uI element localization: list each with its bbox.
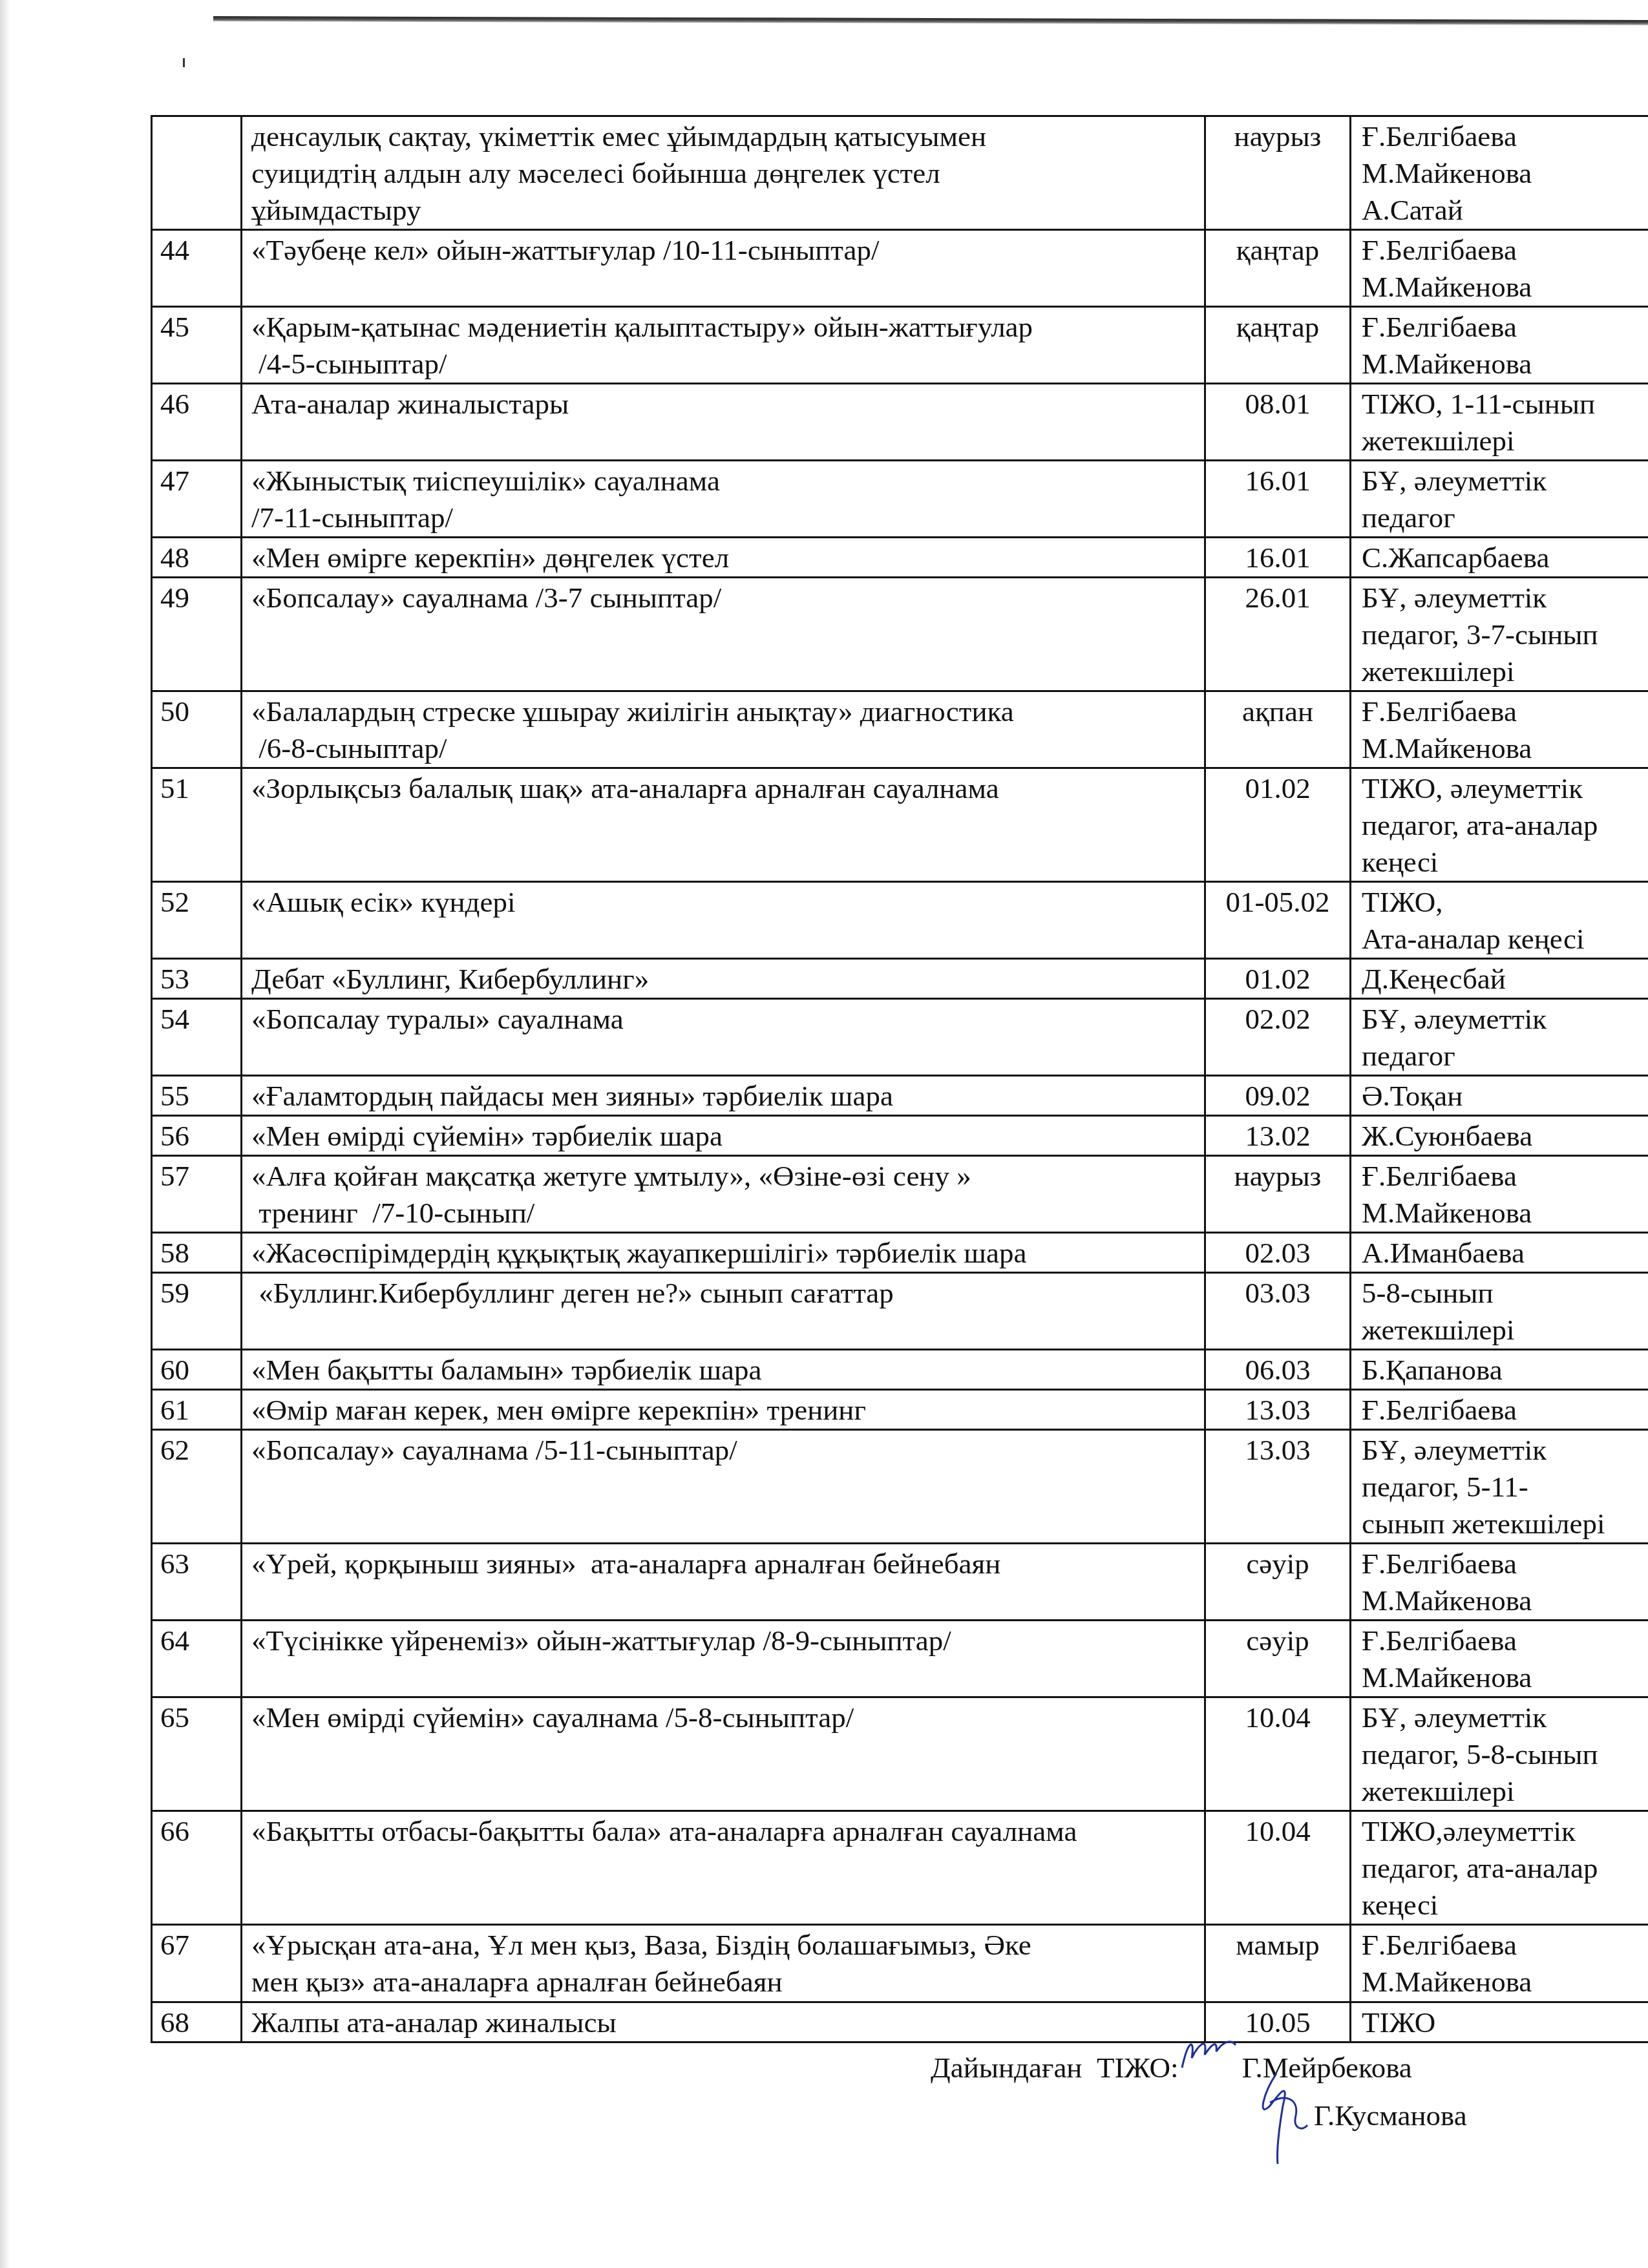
responsible-cell: БҰ, әлеуметтікпедагог, 5-11-сынып жетекш… [1351,1430,1648,1544]
date-cell: қаңтар [1205,230,1351,307]
table-row: 61«Өмір маған керек, мен өмірге керекпін… [152,1390,1648,1430]
event-text: «Ашық есік» күндері [251,884,1196,921]
event-text: «Зорлықсыз балалық шақ» ата-аналарға арн… [251,770,1196,807]
event-text: «Мен өмірді сүйемін» тәрбиелік шара [251,1118,1196,1155]
table-row: 63«Үрей, қорқыныш зияны» ата-аналарға ар… [152,1544,1648,1621]
row-number: 45 [152,307,242,384]
row-number: 55 [152,1076,242,1116]
responsible-name: ТІЖО, [1362,884,1648,921]
responsible-cell: Ә.Тоқан [1351,1076,1648,1116]
signature-row-1: Дайындаған ТІЖО: Г.Мейрбекова [931,2039,1467,2086]
responsible-cell: БҰ, әлеуметтікпедагог [1351,461,1648,538]
responsible-name: жетекшілері [1362,653,1648,690]
responsible-cell: Ғ.БелгібаеваМ.МайкеноваА.Сатай [1351,116,1648,230]
event-cell: «Мен өмірді сүйемін» сауалнама /5-8-сыны… [242,1697,1205,1811]
event-cell: «Мен өмірге керекпін» дөңгелек үстел [242,538,1205,578]
signer-name-2: Г.Кусманова [1314,2097,1467,2134]
table-row: 58«Жасөспірімдердің құқықтық жауапкершіл… [152,1233,1648,1273]
responsible-name: педагог [1362,499,1648,536]
responsible-name: кеңесі [1362,1887,1648,1924]
responsible-name: 5-8-сынып [1362,1275,1648,1312]
responsible-name: М.Майкенова [1362,1582,1648,1619]
responsible-name: Ғ.Белгібаева [1362,1622,1648,1659]
table-row: 66«Бақытты отбасы-бақытты бала» ата-анал… [152,1811,1648,1925]
event-text: Жалпы ата-аналар жиналысы [251,2004,1196,2041]
table-row: 50«Балалардың стреске ұшырау жиілігін ан… [152,691,1648,768]
responsible-cell: ТІЖО, әлеуметтікпедагог, ата-аналаркеңес… [1351,768,1648,882]
date-cell: 13.02 [1205,1116,1351,1156]
responsible-name: ТІЖО [1362,2004,1648,2041]
event-cell: «Жасөспірімдердің құқықтық жауапкершіліг… [242,1233,1205,1273]
date-cell: 03.03 [1205,1273,1351,1350]
date-cell: ақпан [1205,691,1351,768]
responsible-name: А.Иманбаева [1362,1235,1648,1272]
event-cell: «Зорлықсыз балалық шақ» ата-аналарға арн… [242,768,1205,882]
responsible-name: сынып жетекшілері [1362,1506,1648,1542]
event-cell: «Ұрысқан ата-ана, Ұл мен қыз, Ваза, Бізд… [242,1925,1205,2002]
responsible-cell: А.Иманбаева [1351,1233,1648,1273]
responsible-cell: Ғ.Белгібаева [1351,1390,1648,1430]
event-cell: «Өмір маған керек, мен өмірге керекпін» … [242,1390,1205,1430]
event-text: денсаулық сақтау, үкіметтік емес ұйымдар… [251,118,1196,155]
event-text: Ата-аналар жиналыстары [251,386,1196,423]
row-number: 46 [152,384,242,461]
event-text: «Тәубеңе кел» ойын-жаттығулар /10-11-сын… [251,232,1196,269]
responsible-name: Ғ.Белгібаева [1362,118,1648,155]
responsible-cell: БҰ, әлеуметтікпедагог, 5-8-сыныпжетекшіл… [1351,1697,1648,1811]
row-number: 48 [152,538,242,578]
responsible-name: М.Майкенова [1362,1195,1648,1232]
row-number: 68 [152,2002,242,2042]
responsible-name: М.Майкенова [1362,1964,1648,2000]
scan-mark [183,58,185,67]
date-cell: наурыз [1205,1156,1351,1233]
table-row: 52«Ашық есік» күндері01-05.02ТІЖО,Ата-ан… [152,882,1648,959]
prepared-by-block: Дайындаған ТІЖО: Г.Мейрбекова Г.Кусманов… [931,2039,1467,2134]
event-text: «Ғаламтордың пайдасы мен зияны» тәрбиелі… [251,1078,1196,1115]
responsible-name: А.Сатай [1362,192,1648,229]
event-cell: «Бопсалау» сауалнама /5-11-сыныптар/ [242,1430,1205,1544]
signature-icon [1251,2086,1310,2125]
row-number: 64 [152,1621,242,1697]
table-row: денсаулық сақтау, үкіметтік емес ұйымдар… [152,116,1648,230]
responsible-name: Ғ.Белгібаева [1362,1392,1648,1429]
row-number: 67 [152,1925,242,2002]
event-text: «Қарым-қатынас мәдениетін қалыптастыру» … [251,309,1196,346]
responsible-cell: Б.Қапанова [1351,1350,1648,1390]
event-text: «Жасөспірімдердің құқықтық жауапкершіліг… [251,1235,1196,1272]
responsible-cell: Ғ.БелгібаеваМ.Майкенова [1351,1621,1648,1697]
scan-top-edge [213,16,1648,25]
responsible-name: педагог [1362,1038,1648,1075]
table-row: 51«Зорлықсыз балалық шақ» ата-аналарға а… [152,768,1648,882]
responsible-name: Ғ.Белгібаева [1362,1927,1648,1964]
event-cell: «Түсінікке үйренеміз» ойын-жаттығулар /8… [242,1621,1205,1697]
event-cell: «Қарым-қатынас мәдениетін қалыптастыру» … [242,307,1205,384]
event-text: «Алға қойған мақсатқа жетуге ұмтылу», «Ө… [251,1158,1196,1195]
table-row: 67«Ұрысқан ата-ана, Ұл мен қыз, Ваза, Бі… [152,1925,1648,2002]
responsible-cell: Ғ.БелгібаеваМ.Майкенова [1351,230,1648,307]
responsible-name: педагог, 3-7-сынып [1362,616,1648,653]
table-row: 62«Бопсалау» сауалнама /5-11-сыныптар/13… [152,1430,1648,1544]
event-text: «Жыныстық тиіспеушілік» сауалнама [251,463,1196,499]
event-text: «Мен бақытты баламын» тәрбиелік шара [251,1352,1196,1389]
prepared-by-label: Дайындаған ТІЖО: [931,2049,1179,2086]
event-text: «Буллинг.Кибербуллинг деген не?» сынып с… [251,1275,1196,1312]
responsible-cell: БҰ, әлеуметтікпедагог, 3-7-сыныпжетекшіл… [1351,578,1648,691]
event-cell: Ата-аналар жиналыстары [242,384,1205,461]
signature-icon [1179,2039,1238,2077]
event-cell: «Үрей, қорқыныш зияны» ата-аналарға арна… [242,1544,1205,1621]
event-text: «Үрей, қорқыныш зияны» ата-аналарға арна… [251,1546,1196,1582]
row-number: 54 [152,999,242,1076]
event-cell: «Мен бақытты баламын» тәрбиелік шара [242,1350,1205,1390]
date-cell: 01-05.02 [1205,882,1351,959]
responsible-name: Ғ.Белгібаева [1362,309,1648,346]
event-text: «Мен өмірге керекпін» дөңгелек үстел [251,540,1196,576]
row-number: 60 [152,1350,242,1390]
event-text: «Бопсалау» сауалнама /3-7 сыныптар/ [251,580,1196,616]
event-text: суицидтің алдын алу мәселесі бойынша дөң… [251,155,1196,192]
table-row: 64«Түсінікке үйренеміз» ойын-жаттығулар … [152,1621,1648,1697]
table-row: 49«Бопсалау» сауалнама /3-7 сыныптар/26.… [152,578,1648,691]
responsible-name: жетекшілері [1362,1773,1648,1810]
responsible-cell: ТІЖО,әлеуметтікпедагог, ата-аналаркеңесі [1351,1811,1648,1925]
row-number: 62 [152,1430,242,1544]
responsible-name: БҰ, әлеуметтік [1362,580,1648,616]
row-number: 53 [152,959,242,999]
event-text: /4-5-сыныптар/ [251,346,1196,383]
event-cell: «Бопсалау туралы» сауалнама [242,999,1205,1076]
row-number [152,116,242,230]
table-body: денсаулық сақтау, үкіметтік емес ұйымдар… [152,116,1648,2042]
responsible-cell: 5-8-сыныпжетекшілері [1351,1273,1648,1350]
date-cell: 06.03 [1205,1350,1351,1390]
responsible-cell: ТІЖО [1351,2002,1648,2042]
event-text: «Бопсалау» сауалнама /5-11-сыныптар/ [251,1432,1196,1469]
responsible-name: М.Майкенова [1362,155,1648,192]
table-row: 47«Жыныстық тиіспеушілік» сауалнама/7-11… [152,461,1648,538]
table-row: 48«Мен өмірге керекпін» дөңгелек үстел16… [152,538,1648,578]
table-row: 45«Қарым-қатынас мәдениетін қалыптастыру… [152,307,1648,384]
row-number: 49 [152,578,242,691]
responsible-name: БҰ, әлеуметтік [1362,1699,1648,1736]
row-number: 63 [152,1544,242,1621]
event-cell: «Жыныстық тиіспеушілік» сауалнама/7-11-с… [242,461,1205,538]
date-cell: 01.02 [1205,768,1351,882]
responsible-cell: Ғ.БелгібаеваМ.Майкенова [1351,691,1648,768]
event-text: «Бақытты отбасы-бақытты бала» ата-аналар… [251,1813,1196,1850]
responsible-name: кеңесі [1362,844,1648,881]
date-cell: 08.01 [1205,384,1351,461]
event-cell: «Бопсалау» сауалнама /3-7 сыныптар/ [242,578,1205,691]
responsible-cell: Ж.Суюнбаева [1351,1116,1648,1156]
event-cell: «Балалардың стреске ұшырау жиілігін анық… [242,691,1205,768]
date-cell: сәуір [1205,1544,1351,1621]
date-cell: 26.01 [1205,578,1351,691]
date-cell: қаңтар [1205,307,1351,384]
event-text: «Түсінікке үйренеміз» ойын-жаттығулар /8… [251,1622,1196,1659]
table-row: 56«Мен өмірді сүйемін» тәрбиелік шара13.… [152,1116,1648,1156]
activity-plan-table: денсаулық сақтау, үкіметтік емес ұйымдар… [151,115,1648,2043]
date-cell: 01.02 [1205,959,1351,999]
responsible-name: М.Майкенова [1362,1659,1648,1696]
responsible-name: Ғ.Белгібаева [1362,693,1648,730]
event-text: /7-11-сыныптар/ [251,499,1196,536]
event-cell: «Бақытты отбасы-бақытты бала» ата-аналар… [242,1811,1205,1925]
event-cell: Дебат «Буллинг, Кибербуллинг» [242,959,1205,999]
responsible-cell: ТІЖО, 1-11-сыныпжетекшілері [1351,384,1648,461]
event-cell: «Буллинг.Кибербуллинг деген не?» сынып с… [242,1273,1205,1350]
date-cell: 13.03 [1205,1430,1351,1544]
table-row: 46Ата-аналар жиналыстары08.01ТІЖО, 1-11-… [152,384,1648,461]
responsible-name: жетекшілері [1362,423,1648,459]
responsible-name: Б.Қапанова [1362,1352,1648,1389]
table-row: 68Жалпы ата-аналар жиналысы10.05ТІЖО [152,2002,1648,2042]
event-text: ұйымдастыру [251,192,1196,229]
row-number: 50 [152,691,242,768]
responsible-name: М.Майкенова [1362,730,1648,767]
event-text: «Бопсалау туралы» сауалнама [251,1001,1196,1038]
responsible-cell: Ғ.БелгібаеваМ.Майкенова [1351,1544,1648,1621]
responsible-cell: Д.Кеңесбай [1351,959,1648,999]
responsible-name: С.Жапсарбаева [1362,540,1648,576]
responsible-name: педагог, ата-аналар [1362,1850,1648,1887]
responsible-name: Ата-аналар кеңесі [1362,921,1648,958]
responsible-name: Д.Кеңесбай [1362,961,1648,998]
date-cell: мамыр [1205,1925,1351,2002]
row-number: 56 [152,1116,242,1156]
event-cell: «Ғаламтордың пайдасы мен зияны» тәрбиелі… [242,1076,1205,1116]
responsible-name: Ғ.Белгібаева [1362,232,1648,269]
event-cell: «Ашық есік» күндері [242,882,1205,959]
event-text: /6-8-сыныптар/ [251,730,1196,767]
date-cell: 09.02 [1205,1076,1351,1116]
date-cell: 10.04 [1205,1697,1351,1811]
date-cell: 13.03 [1205,1390,1351,1430]
responsible-name: БҰ, әлеуметтік [1362,1001,1648,1038]
table-row: 59 «Буллинг.Кибербуллинг деген не?» сыны… [152,1273,1648,1350]
row-number: 51 [152,768,242,882]
row-number: 52 [152,882,242,959]
row-number: 44 [152,230,242,307]
row-number: 47 [152,461,242,538]
table-row: 44«Тәубеңе кел» ойын-жаттығулар /10-11-с… [152,230,1648,307]
event-cell: «Мен өмірді сүйемін» тәрбиелік шара [242,1116,1205,1156]
table-row: 54«Бопсалау туралы» сауалнама02.02БҰ, әл… [152,999,1648,1076]
signature-row-2: Г.Кусманова [931,2086,1467,2134]
row-number: 57 [152,1156,242,1233]
responsible-name: Ғ.Белгібаева [1362,1158,1648,1195]
responsible-name: БҰ, әлеуметтік [1362,463,1648,499]
event-cell: «Тәубеңе кел» ойын-жаттығулар /10-11-сын… [242,230,1205,307]
event-cell: «Алға қойған мақсатқа жетуге ұмтылу», «Ө… [242,1156,1205,1233]
responsible-name: Ғ.Белгібаева [1362,1546,1648,1582]
event-text: «Өмір маған керек, мен өмірге керекпін» … [251,1392,1196,1429]
table-row: 55«Ғаламтордың пайдасы мен зияны» тәрбие… [152,1076,1648,1116]
event-text: «Балалардың стреске ұшырау жиілігін анық… [251,693,1196,730]
date-cell: 02.03 [1205,1233,1351,1273]
row-number: 59 [152,1273,242,1350]
row-number: 65 [152,1697,242,1811]
responsible-cell: БҰ, әлеуметтікпедагог [1351,999,1648,1076]
date-cell: наурыз [1205,116,1351,230]
event-cell: Жалпы ата-аналар жиналысы [242,2002,1205,2042]
responsible-name: педагог, ата-аналар [1362,807,1648,844]
event-cell: денсаулық сақтау, үкіметтік емес ұйымдар… [242,116,1205,230]
table-row: 65«Мен өмірді сүйемін» сауалнама /5-8-сы… [152,1697,1648,1811]
responsible-cell: Ғ.БелгібаеваМ.Майкенова [1351,1156,1648,1233]
date-cell: 02.02 [1205,999,1351,1076]
event-text: мен қыз» ата-аналарға арналған бейнебаян [251,1964,1196,2000]
responsible-name: жетекшілері [1362,1312,1648,1349]
responsible-name: ТІЖО, әлеуметтік [1362,770,1648,807]
table-row: 53Дебат «Буллинг, Кибербуллинг»01.02Д.Ке… [152,959,1648,999]
row-number: 66 [152,1811,242,1925]
event-text: Дебат «Буллинг, Кибербуллинг» [251,961,1196,998]
date-cell: 16.01 [1205,538,1351,578]
responsible-cell: ТІЖО,Ата-аналар кеңесі [1351,882,1648,959]
event-text: «Ұрысқан ата-ана, Ұл мен қыз, Ваза, Бізд… [251,1927,1196,1964]
responsible-name: М.Майкенова [1362,346,1648,383]
responsible-name: Ә.Тоқан [1362,1078,1648,1115]
table-row: 57«Алға қойған мақсатқа жетуге ұмтылу», … [152,1156,1648,1233]
row-number: 58 [152,1233,242,1273]
responsible-cell: С.Жапсарбаева [1351,538,1648,578]
date-cell: сәуір [1205,1621,1351,1697]
responsible-name: ТІЖО, 1-11-сынып [1362,386,1648,423]
table-row: 60«Мен бақытты баламын» тәрбиелік шара06… [152,1350,1648,1390]
responsible-cell: Ғ.БелгібаеваМ.Майкенова [1351,1925,1648,2002]
scan-left-edge [0,0,10,2268]
responsible-name: ТІЖО,әлеуметтік [1362,1813,1648,1850]
responsible-name: Ж.Суюнбаева [1362,1118,1648,1155]
event-text: тренинг /7-10-сынып/ [251,1195,1196,1232]
responsible-name: М.Майкенова [1362,269,1648,306]
responsible-cell: Ғ.БелгібаеваМ.Майкенова [1351,307,1648,384]
date-cell: 16.01 [1205,461,1351,538]
responsible-name: педагог, 5-11- [1362,1469,1648,1506]
date-cell: 10.04 [1205,1811,1351,1925]
row-number: 61 [152,1390,242,1430]
responsible-name: педагог, 5-8-сынып [1362,1736,1648,1773]
event-text: «Мен өмірді сүйемін» сауалнама /5-8-сыны… [251,1699,1196,1736]
responsible-name: БҰ, әлеуметтік [1362,1432,1648,1469]
